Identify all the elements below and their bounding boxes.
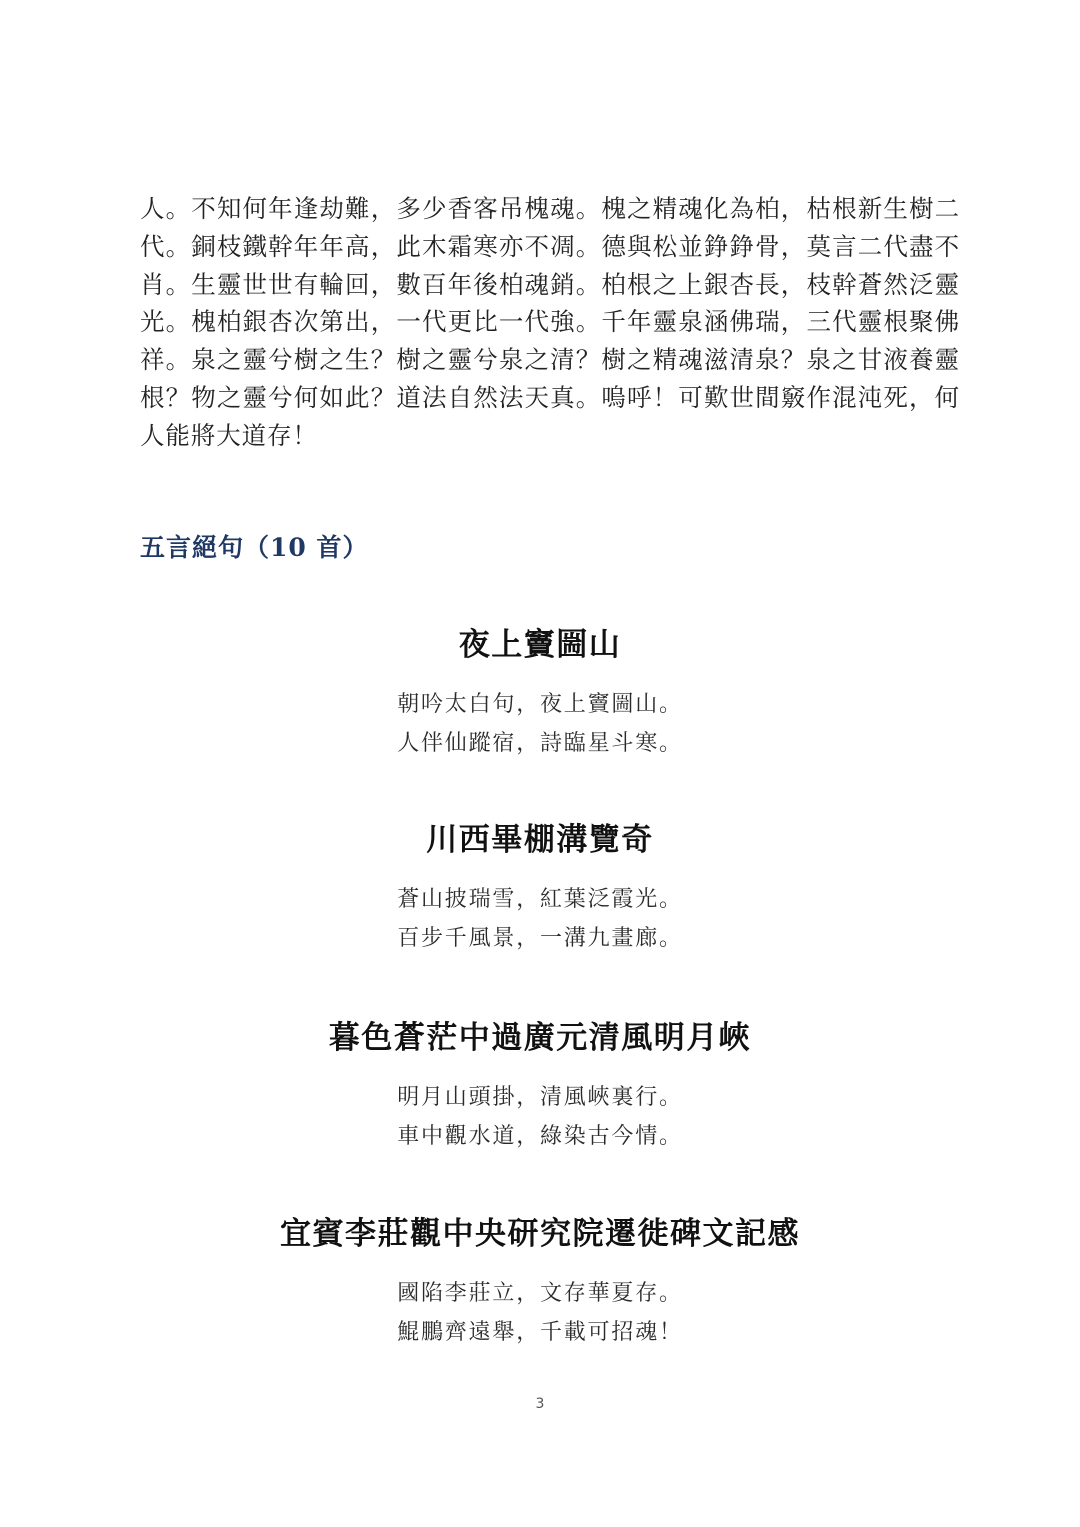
poem-body: 明月山頭掛，清風峽裏行。 車中觀水道，綠染古今情。 — [0, 1078, 1080, 1156]
poem: 宜賓李莊觀中央研究院遷徙碑文記感 國陷李莊立，文存華夏存。 鯤鵬齊遠舉，千載可招… — [0, 1214, 1080, 1352]
prose-line: 人能將大道存！ — [140, 417, 960, 455]
poem-line: 國陷李莊立，文存華夏存。 — [0, 1274, 1080, 1313]
section-heading: 五言絕句（10 首） — [140, 528, 369, 564]
prose-line: 光。槐柏銀杏次第出，一代更比一代強。千年靈泉涵佛瑞，三代靈根聚佛 — [140, 303, 960, 341]
poem-body: 朝吟太白句，夜上竇圌山。 人伴仙蹤宿，詩臨星斗寒。 — [0, 685, 1080, 763]
poem-line: 蒼山披瑞雪，紅葉泛霞光。 — [0, 880, 1080, 919]
prose-line: 肖。生靈世世有輪回，數百年後柏魂銷。柏根之上銀杏長，枝幹蒼然泛靈 — [140, 266, 960, 304]
poem-body: 國陷李莊立，文存華夏存。 鯤鵬齊遠舉，千載可招魂！ — [0, 1274, 1080, 1352]
page-number: 3 — [0, 1396, 1080, 1412]
poem-title: 川西畢棚溝覽奇 — [0, 820, 1080, 860]
poem-line: 明月山頭掛，清風峽裏行。 — [0, 1078, 1080, 1117]
poem-title: 暮色蒼茫中過廣元清風明月峽 — [0, 1018, 1080, 1058]
prose-paragraph: 人。不知何年逢劫難，多少香客吊槐魂。槐之精魂化為柏，枯根新生樹二 代。銅枝鐵幹年… — [140, 190, 960, 455]
prose-line: 根？物之靈兮何如此？道法自然法天真。嗚呼！可歎世間竅作混沌死，何 — [140, 379, 960, 417]
prose-line: 代。銅枝鐵幹年年高，此木霜寒亦不凋。德與松並錚錚骨，莫言二代盡不 — [140, 228, 960, 266]
poem-line: 鯤鵬齊遠舉，千載可招魂！ — [0, 1313, 1080, 1352]
poem: 夜上竇圌山 朝吟太白句，夜上竇圌山。 人伴仙蹤宿，詩臨星斗寒。 — [0, 625, 1080, 763]
poem-line: 朝吟太白句，夜上竇圌山。 — [0, 685, 1080, 724]
document-page: 人。不知何年逢劫難，多少香客吊槐魂。槐之精魂化為柏，枯根新生樹二 代。銅枝鐵幹年… — [0, 0, 1080, 1527]
poem-body: 蒼山披瑞雪，紅葉泛霞光。 百步千風景，一溝九畫廊。 — [0, 880, 1080, 958]
poem-line: 百步千風景，一溝九畫廊。 — [0, 919, 1080, 958]
poem: 暮色蒼茫中過廣元清風明月峽 明月山頭掛，清風峽裏行。 車中觀水道，綠染古今情。 — [0, 1018, 1080, 1156]
prose-line: 人。不知何年逢劫難，多少香客吊槐魂。槐之精魂化為柏，枯根新生樹二 — [140, 190, 960, 228]
poem-line: 車中觀水道，綠染古今情。 — [0, 1117, 1080, 1156]
poem-title: 夜上竇圌山 — [0, 625, 1080, 665]
poem-title: 宜賓李莊觀中央研究院遷徙碑文記感 — [0, 1214, 1080, 1254]
poem: 川西畢棚溝覽奇 蒼山披瑞雪，紅葉泛霞光。 百步千風景，一溝九畫廊。 — [0, 820, 1080, 958]
prose-line: 祥。泉之靈兮樹之生？樹之靈兮泉之清？樹之精魂滋清泉？泉之甘液養靈 — [140, 341, 960, 379]
poem-line: 人伴仙蹤宿，詩臨星斗寒。 — [0, 724, 1080, 763]
